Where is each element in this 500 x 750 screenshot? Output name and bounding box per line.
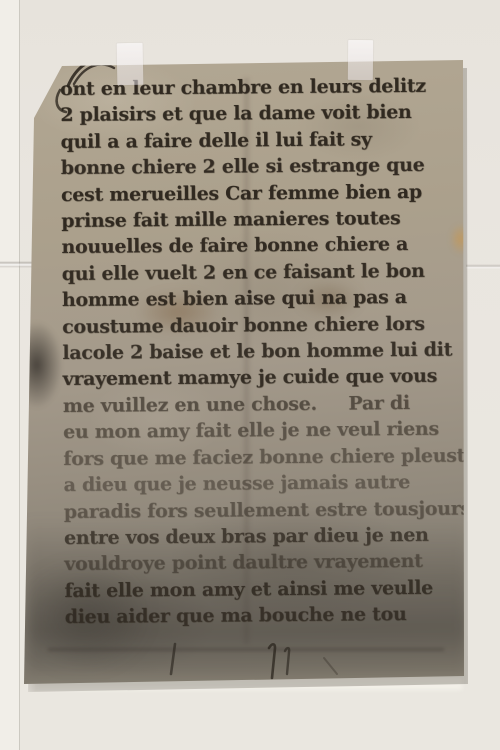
wall-seam-left bbox=[0, 261, 34, 268]
wall-left-panel bbox=[0, 0, 20, 750]
manuscript-line: a dieu que je neusse jamais autre bbox=[63, 469, 465, 499]
tape-strip-left bbox=[117, 43, 144, 85]
crease-line bbox=[48, 648, 444, 651]
manuscript-line: fors que me faciez bonne chiere pleust bbox=[63, 442, 465, 472]
wall-seam-right bbox=[466, 264, 500, 269]
manuscript-line: dieu aider que ma bouche ne tou bbox=[65, 601, 467, 631]
manuscript-line: coustume dauoir bonne chiere lors bbox=[62, 310, 464, 340]
manuscript-line: vouldroye point daultre vrayement bbox=[64, 548, 466, 578]
ink-mark bbox=[324, 658, 337, 674]
manuscript-line: bonne chiere 2 elle si estrange que bbox=[61, 152, 463, 182]
manuscript-line: quil a a faire delle il lui fait sy bbox=[60, 125, 462, 155]
manuscript-line: lacole 2 baise et le bon homme lui dit bbox=[62, 337, 464, 367]
manuscript-line: prinse fait mille manieres toutes bbox=[61, 205, 463, 235]
stain-dark-left-edge bbox=[16, 322, 62, 408]
manuscript-line: me vuillez en une chose. Par di bbox=[63, 389, 465, 419]
manuscript-line: vrayement mamye je cuide que vous bbox=[63, 363, 465, 393]
ink-mark bbox=[269, 644, 275, 678]
manuscript-line: fait elle mon amy et ainsi me veulle bbox=[64, 574, 466, 604]
manuscript-line: homme est bien aise qui na pas a bbox=[62, 284, 464, 314]
ink-mark bbox=[171, 644, 175, 674]
manuscript-line: paradis fors seullement estre tousjours bbox=[64, 495, 466, 525]
manuscript-text-block: ont en leur chambre en leurs delitz2 pla… bbox=[60, 72, 467, 630]
manuscript-line: qui elle vuelt 2 en ce faisant le bon bbox=[62, 257, 464, 287]
manuscript-page: ont en leur chambre en leurs delitz2 pla… bbox=[24, 50, 470, 686]
manuscript-line: entre vos deux bras par dieu je nen bbox=[64, 521, 466, 551]
manuscript-line: 2 plaisirs et que la dame voit bien bbox=[60, 99, 462, 129]
ink-mark bbox=[285, 648, 289, 674]
tape-strip-right bbox=[348, 40, 373, 80]
manuscript-line: cest merueilles Car femme bien ap bbox=[61, 178, 463, 208]
manuscript-line: eu mon amy fait elle je ne veul riens bbox=[63, 416, 465, 446]
manuscript-line: nouuelles de faire bonne chiere a bbox=[61, 231, 463, 261]
photograph: ont en leur chambre en leurs delitz2 pla… bbox=[0, 0, 500, 750]
